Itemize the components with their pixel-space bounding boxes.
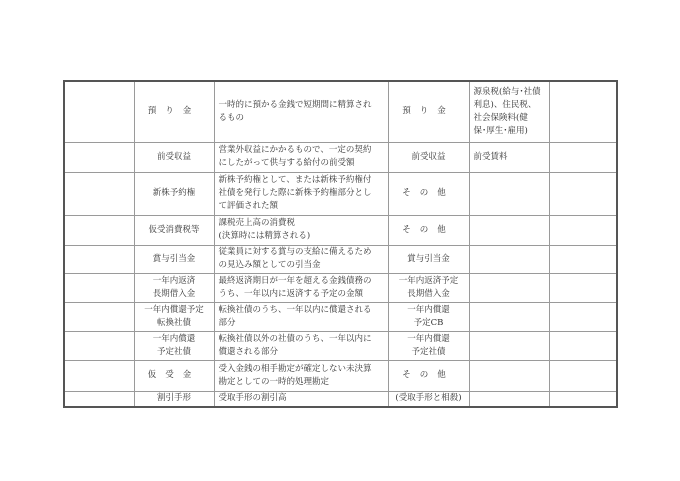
presentation-text: 預り金 xyxy=(393,105,465,118)
examples-text: 社会保険料(健 xyxy=(474,112,545,125)
category-cell xyxy=(64,142,134,172)
account-text: 前受収益 xyxy=(139,151,210,164)
category-cell xyxy=(64,245,134,273)
table-row: 一年内償還予定転換社債転換社債のうち、一年以内に償還される部分一年内償還予定CB xyxy=(64,302,617,331)
description-text: るもの xyxy=(219,112,384,125)
table-row: 預り金一時的に預かる金銭で短期間に精算されるもの預り金源泉税(給与･社債利息)、… xyxy=(64,81,617,142)
presentation-cell: その他 xyxy=(388,215,469,245)
account-text: 仮受消費税等 xyxy=(139,224,210,237)
examples-cell xyxy=(469,215,549,245)
description-cell: 転換社債のうち、一年以内に償還される部分 xyxy=(214,302,388,331)
description-text: 最終返済期日が一年を超える金銭債務の xyxy=(219,275,384,288)
notes-cell xyxy=(549,172,617,215)
presentation-cell: その他 xyxy=(388,360,469,391)
notes-cell xyxy=(549,273,617,302)
account-name-cell: 預り金 xyxy=(134,81,214,142)
description-text: 勘定としての一時的処理勘定 xyxy=(219,376,384,389)
presentation-cell: 一年内償還予定CB xyxy=(388,302,469,331)
presentation-text: 予定社債 xyxy=(393,346,465,359)
table-row: 仮受消費税等課税売上高の消費税(決算時には精算される)その他 xyxy=(64,215,617,245)
presentation-text: 予定CB xyxy=(393,317,465,330)
category-cell xyxy=(64,391,134,407)
accounts-table-body: 預り金一時的に預かる金銭で短期間に精算されるもの預り金源泉税(給与･社債利息)、… xyxy=(64,81,617,407)
presentation-text: 一年内返済予定 xyxy=(393,275,465,288)
description-cell: 従業員に対する賞与の支給に備えるための見込み額としての引当金 xyxy=(214,245,388,273)
account-name-cell: 新株予約権 xyxy=(134,172,214,215)
account-text: 賞与引当金 xyxy=(139,253,210,266)
account-text: 長期借入金 xyxy=(139,288,210,301)
description-cell: 転換社債以外の社債のうち、一年以内に償還される部分 xyxy=(214,331,388,360)
presentation-cell: 賞与引当金 xyxy=(388,245,469,273)
description-cell: 受取手形の割引高 xyxy=(214,391,388,407)
examples-cell: 源泉税(給与･社債利息)、住民税、社会保険料(健保･厚生･雇用) xyxy=(469,81,549,142)
description-text: 転換社債のうち、一年以内に償還される xyxy=(219,304,384,317)
notes-cell xyxy=(549,331,617,360)
notes-cell xyxy=(549,245,617,273)
notes-cell xyxy=(549,81,617,142)
examples-cell xyxy=(469,273,549,302)
description-text: (決算時には精算される) xyxy=(219,230,384,243)
description-text: 償還される部分 xyxy=(219,346,384,359)
presentation-text: 一年内償還 xyxy=(393,304,465,317)
description-cell: 一時的に預かる金銭で短期間に精算されるもの xyxy=(214,81,388,142)
presentation-text: 一年内償還 xyxy=(393,333,465,346)
examples-cell xyxy=(469,360,549,391)
description-text: にしたがって供与する給付の前受額 xyxy=(219,157,384,170)
presentation-cell: その他 xyxy=(388,172,469,215)
account-text: 新株予約権 xyxy=(139,187,210,200)
account-text: 一年内返済 xyxy=(139,275,210,288)
description-text: 部分 xyxy=(219,317,384,330)
description-cell: 課税売上高の消費税(決算時には精算される) xyxy=(214,215,388,245)
description-text: 一時的に預かる金銭で短期間に精算され xyxy=(219,99,384,112)
category-cell xyxy=(64,81,134,142)
category-cell xyxy=(64,331,134,360)
description-text: て評価された額 xyxy=(219,200,384,213)
description-text: 社債を発行した際に新株予約権部分とし xyxy=(219,187,384,200)
presentation-text: 長期借入金 xyxy=(393,288,465,301)
account-text: 割引手形 xyxy=(139,392,210,405)
description-cell: 新株予約権として、または新株予約権付社債を発行した際に新株予約権部分として評価さ… xyxy=(214,172,388,215)
table-row: 新株予約権新株予約権として、または新株予約権付社債を発行した際に新株予約権部分と… xyxy=(64,172,617,215)
presentation-text: 前受収益 xyxy=(393,151,465,164)
account-name-cell: 一年内償還予定社債 xyxy=(134,331,214,360)
description-text: の見込み額としての引当金 xyxy=(219,259,384,272)
examples-cell xyxy=(469,172,549,215)
category-cell xyxy=(64,172,134,215)
account-name-cell: 賞与引当金 xyxy=(134,245,214,273)
presentation-cell: 一年内返済予定長期借入金 xyxy=(388,273,469,302)
presentation-cell: (受取手形と相殺) xyxy=(388,391,469,407)
notes-cell xyxy=(549,142,617,172)
description-text: 営業外収益にかかるもので、一定の契約 xyxy=(219,144,384,157)
description-text: 受入金銭の相手勘定が確定しない未決算 xyxy=(219,363,384,376)
examples-cell xyxy=(469,391,549,407)
category-cell xyxy=(64,302,134,331)
presentation-text: その他 xyxy=(393,369,465,382)
table-row: 賞与引当金従業員に対する賞与の支給に備えるための見込み額としての引当金賞与引当金 xyxy=(64,245,617,273)
description-cell: 最終返済期日が一年を超える金銭債務のうち、一年以内に返済する予定の金額 xyxy=(214,273,388,302)
presentation-text: (受取手形と相殺) xyxy=(393,392,465,405)
table-row: 仮受金受入金銭の相手勘定が確定しない未決算勘定としての一時的処理勘定その他 xyxy=(64,360,617,391)
examples-text: 源泉税(給与･社債 xyxy=(474,86,545,99)
account-name-cell: 仮受消費税等 xyxy=(134,215,214,245)
table-row: 一年内償還予定社債転換社債以外の社債のうち、一年以内に償還される部分一年内償還予… xyxy=(64,331,617,360)
notes-cell xyxy=(549,215,617,245)
examples-text: 保･厚生･雇用) xyxy=(474,125,545,138)
description-text: うち、一年以内に返済する予定の金額 xyxy=(219,288,384,301)
account-text: 転換社債 xyxy=(139,317,210,330)
examples-cell: 前受賃料 xyxy=(469,142,549,172)
description-text: 新株予約権として、または新株予約権付 xyxy=(219,174,384,187)
presentation-text: 賞与引当金 xyxy=(393,253,465,266)
examples-text: 前受賃料 xyxy=(474,151,545,164)
account-text: 預り金 xyxy=(139,105,210,118)
category-cell xyxy=(64,215,134,245)
presentation-cell: 前受収益 xyxy=(388,142,469,172)
description-text: 転換社債以外の社債のうち、一年以内に xyxy=(219,333,384,346)
notes-cell xyxy=(549,360,617,391)
examples-cell xyxy=(469,245,549,273)
account-name-cell: 仮受金 xyxy=(134,360,214,391)
presentation-text: その他 xyxy=(393,224,465,237)
account-text: 予定社債 xyxy=(139,346,210,359)
account-name-cell: 前受収益 xyxy=(134,142,214,172)
account-name-cell: 割引手形 xyxy=(134,391,214,407)
description-cell: 受入金銭の相手勘定が確定しない未決算勘定としての一時的処理勘定 xyxy=(214,360,388,391)
description-cell: 営業外収益にかかるもので、一定の契約にしたがって供与する給付の前受額 xyxy=(214,142,388,172)
description-text: 従業員に対する賞与の支給に備えるため xyxy=(219,246,384,259)
notes-cell xyxy=(549,391,617,407)
examples-text: 利息)、住民税、 xyxy=(474,99,545,112)
category-cell xyxy=(64,360,134,391)
description-text: 受取手形の割引高 xyxy=(219,392,384,405)
category-cell xyxy=(64,273,134,302)
presentation-text: その他 xyxy=(393,187,465,200)
examples-cell xyxy=(469,302,549,331)
table-row: 前受収益営業外収益にかかるもので、一定の契約にしたがって供与する給付の前受額前受… xyxy=(64,142,617,172)
account-text: 一年内償還 xyxy=(139,333,210,346)
description-text: 課税売上高の消費税 xyxy=(219,217,384,230)
account-text: 仮受金 xyxy=(139,369,210,382)
account-text: 一年内償還予定 xyxy=(139,304,210,317)
account-name-cell: 一年内返済長期借入金 xyxy=(134,273,214,302)
account-name-cell: 一年内償還予定転換社債 xyxy=(134,302,214,331)
presentation-cell: 預り金 xyxy=(388,81,469,142)
table-row: 割引手形受取手形の割引高(受取手形と相殺) xyxy=(64,391,617,407)
accounts-table: 預り金一時的に預かる金銭で短期間に精算されるもの預り金源泉税(給与･社債利息)、… xyxy=(63,80,618,408)
notes-cell xyxy=(549,302,617,331)
examples-cell xyxy=(469,331,549,360)
presentation-cell: 一年内償還予定社債 xyxy=(388,331,469,360)
table-row: 一年内返済長期借入金最終返済期日が一年を超える金銭債務のうち、一年以内に返済する… xyxy=(64,273,617,302)
